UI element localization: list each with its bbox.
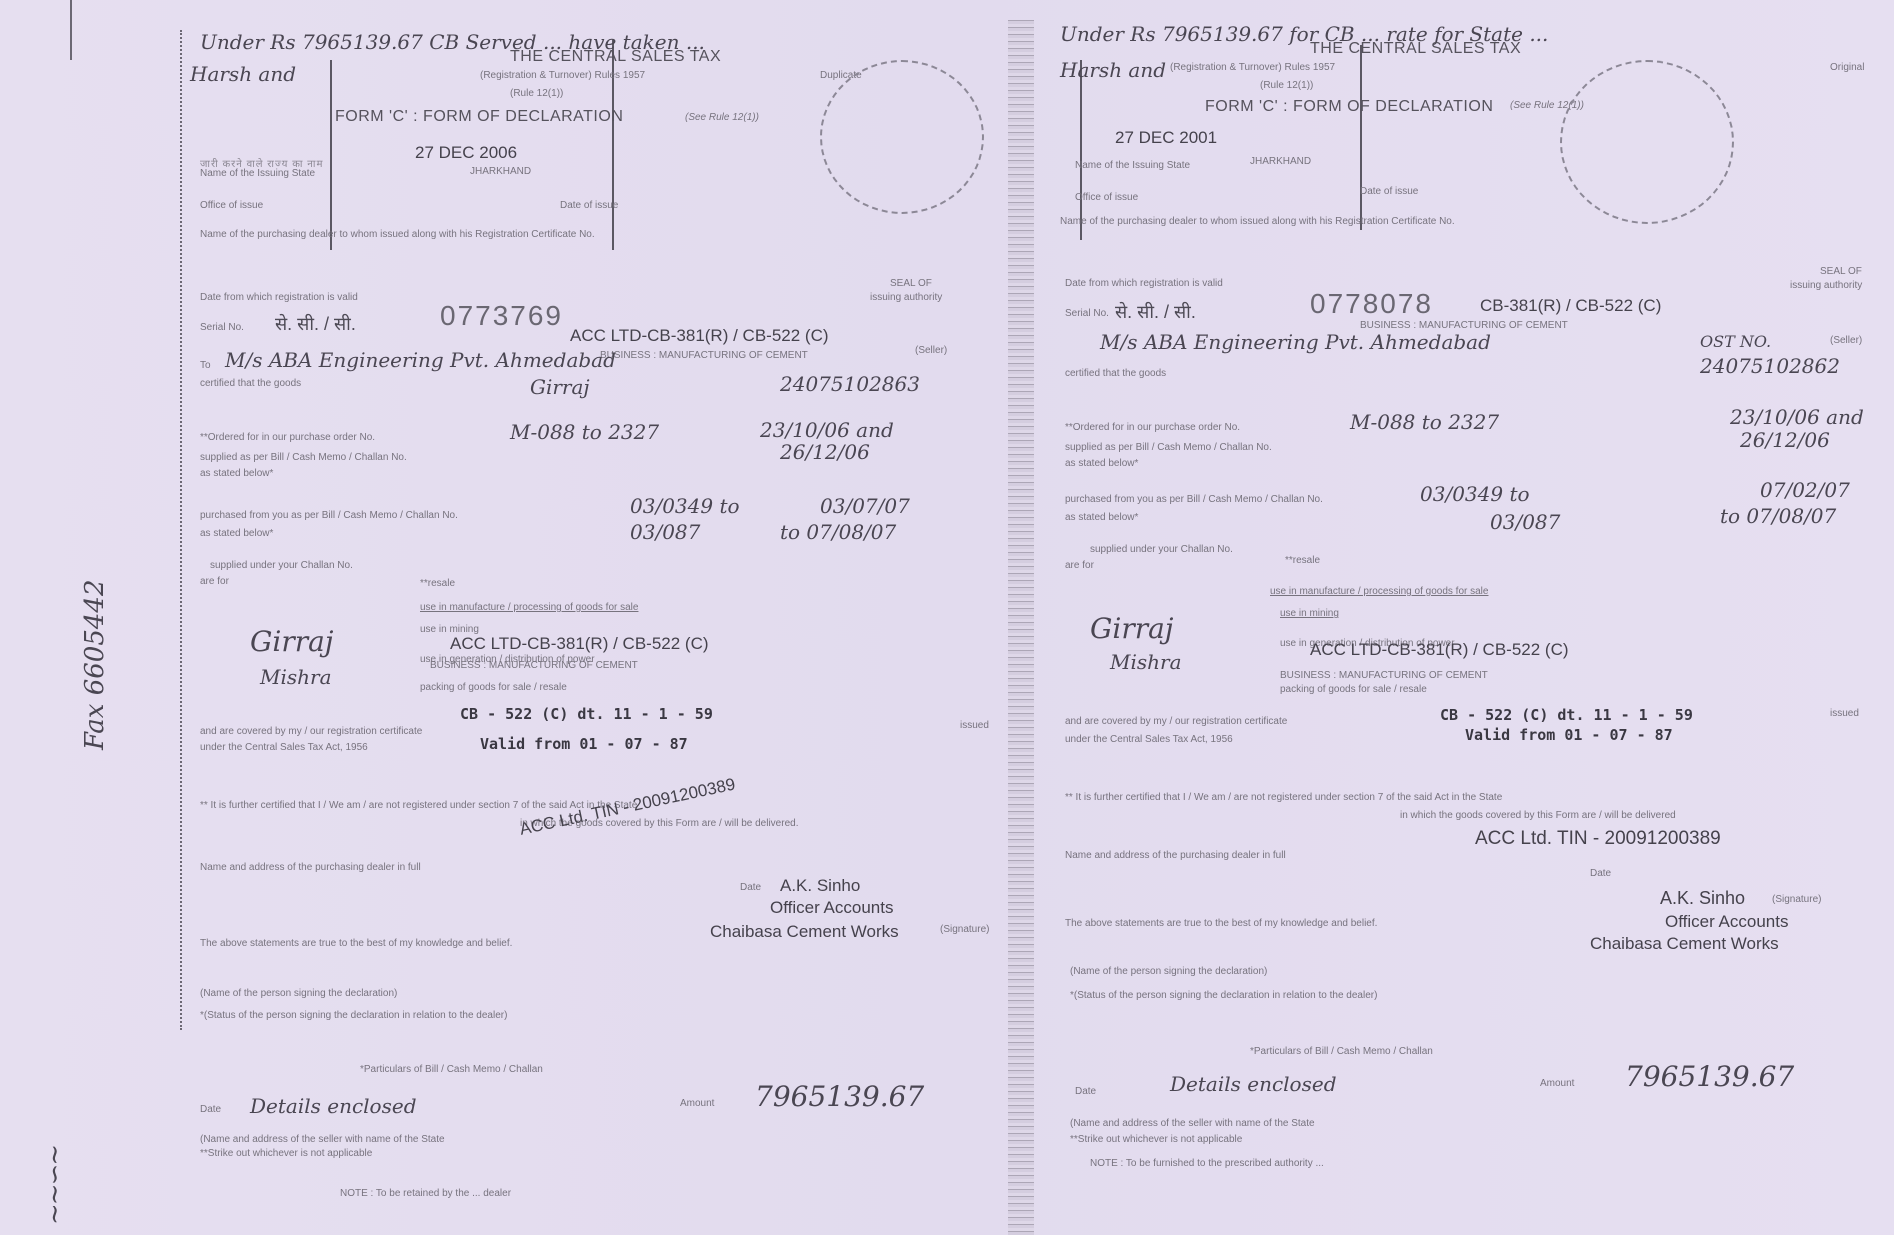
strike-label: **Strike out whichever is not applicable: [200, 1148, 372, 1159]
handwritten-note-2: Harsh and: [1060, 58, 1166, 82]
date-short-label: Date: [740, 882, 761, 893]
state-value: JHARKHAND: [470, 166, 531, 177]
date-label: Date: [1075, 1086, 1096, 1097]
date-of-issue-label: Date of issue: [1360, 186, 1418, 197]
supplied-date-hand: 26/12/06: [780, 440, 870, 464]
signer-name: A.K. Sinho: [780, 876, 860, 896]
signature-label: (Signature): [1772, 894, 1821, 905]
form-rule: (See Rule 12(1)): [685, 112, 759, 123]
issue-date-stamp: 27 DEC 2006: [415, 143, 517, 163]
signature-label: (Signature): [940, 924, 989, 935]
as-stated-below: as stated below*: [1065, 458, 1138, 469]
amount-label: Amount: [680, 1098, 714, 1109]
office-label: Office of issue: [200, 200, 263, 211]
dealer-label: Name of the purchasing dealer to whom is…: [1060, 216, 1455, 227]
are-for-label: are for: [200, 576, 229, 587]
signatory2-hand: Mishra: [1110, 650, 1182, 674]
issued-label: issued: [1830, 708, 1859, 719]
purpose-resale: **resale: [1285, 555, 1320, 566]
supplied-under-label: supplied under your Challan No.: [1090, 544, 1233, 555]
signer-org: Chaibasa Cement Works: [710, 922, 899, 942]
status-label: *(Status of the person signing the decla…: [1070, 990, 1377, 1001]
form-title: FORM 'C' : FORM OF DECLARATION: [335, 108, 623, 126]
serial-number: 0773769: [440, 300, 563, 332]
person-name-label: (Name of the person signing the declarat…: [200, 988, 397, 999]
name-address-label: Name and address of the purchasing deale…: [200, 862, 421, 873]
header-act: THE CENTRAL SALES TAX: [1310, 40, 1521, 58]
challan-to-date-hand: to 07/08/07: [1720, 504, 1836, 528]
state-label: Name of the Issuing State: [200, 168, 315, 179]
challan-from-date-hand: 07/02/07: [1760, 478, 1850, 502]
seal-stamp: [1560, 60, 1734, 224]
certified-label: certified that the goods: [200, 378, 301, 389]
purpose-manufacture: use in manufacture / processing of goods…: [1270, 586, 1488, 597]
supplied-under-label: supplied under your Challan No.: [210, 560, 353, 571]
amount-value-hand: 7965139.67: [755, 1080, 924, 1113]
header-sub2: (Rule 12(1)): [1260, 80, 1313, 91]
certified-label: certified that the goods: [1065, 368, 1166, 379]
seal-stamp: [820, 60, 984, 214]
are-for-label: are for: [1065, 560, 1094, 571]
state-label: Name of the Issuing State: [1075, 160, 1190, 171]
act-label: under the Central Sales Tax Act, 1956: [200, 742, 368, 753]
order-number-hand: M-088 to 2327: [510, 420, 659, 444]
purpose-packing: packing of goods for sale / resale: [420, 682, 567, 693]
signatory2-hand: Mishra: [260, 665, 332, 689]
dealer-label: Name of the purchasing dealer to whom is…: [200, 229, 595, 240]
purpose-resale: **resale: [420, 578, 455, 589]
purpose-manufacture: use in manufacture / processing of goods…: [420, 602, 638, 613]
date-short-label: Date: [1590, 868, 1611, 879]
reg-valid-label: Date from which registration is valid: [1065, 278, 1223, 289]
reg-valid-label: Date from which registration is valid: [200, 292, 358, 303]
copy-label: Original: [1830, 62, 1864, 73]
order-number-hand: M-088 to 2327: [1350, 410, 1499, 434]
purpose-mining: use in mining: [1280, 608, 1339, 619]
business-stamp: BUSINESS : MANUFACTURING OF CEMENT: [600, 350, 808, 361]
overlay-business-stamp: BUSINESS : MANUFACTURING OF CEMENT: [1280, 670, 1488, 681]
header-act: THE CENTRAL SALES TAX: [510, 48, 721, 66]
margin-mark: [70, 0, 72, 60]
page-spine: [1008, 20, 1034, 1235]
box-line: [330, 60, 332, 250]
signatory-hand: Girraj: [530, 375, 590, 399]
box-line: [1360, 45, 1362, 230]
overlay-reg-stamp: ACC LTD-CB-381(R) / CB-522 (C): [450, 634, 709, 654]
seller-label: (Seller): [915, 345, 947, 356]
as-stated-below-2: as stated below*: [1065, 512, 1138, 523]
date-of-issue-label: Date of issue: [560, 200, 618, 211]
buyer-name-hand: M/s ABA Engineering Pvt. Ahmedabad: [225, 348, 616, 372]
reg-cert-stamp: CB - 522 (C) dt. 11 - 1 - 59: [1440, 706, 1693, 724]
seal-label: SEAL OF: [1820, 266, 1862, 277]
overlay-business-stamp: BUSINESS : MANUFACTURING OF CEMENT: [430, 660, 638, 671]
margin-signature: ∼∼∽∼: [40, 1146, 70, 1225]
purpose-packing: packing of goods for sale / resale: [1280, 684, 1427, 695]
header-sub2: (Rule 12(1)): [510, 88, 563, 99]
valid-from-stamp: Valid from 01 - 07 - 87: [1465, 726, 1673, 744]
date-value-hand: Details enclosed: [250, 1094, 417, 1118]
tin-stamp: ACC Ltd. TIN - 20091200389: [1475, 828, 1721, 850]
amount-value-hand: 7965139.67: [1625, 1060, 1794, 1093]
header-sub: (Registration & Turnover) Rules 1957: [1170, 62, 1335, 73]
seller-name-label: (Name and address of the seller with nam…: [200, 1134, 445, 1145]
issued-label: issued: [960, 720, 989, 731]
seller-name-label: (Name and address of the seller with nam…: [1070, 1118, 1315, 1129]
name-address-label: Name and address of the purchasing deale…: [1065, 850, 1286, 861]
state-value: JHARKHAND: [1250, 156, 1311, 167]
handwritten-note-2: Harsh and: [190, 62, 296, 86]
note-label: NOTE : To be furnished to the prescribed…: [1090, 1158, 1324, 1169]
amount-label: Amount: [1540, 1078, 1574, 1089]
covered-label: and are covered by my / our registration…: [1065, 716, 1287, 727]
valid-from-stamp: Valid from 01 - 07 - 87: [480, 735, 688, 753]
serial-prefix: से. सी. / सी.: [275, 312, 356, 336]
supplied-date-hand: 26/12/06: [1740, 428, 1830, 452]
delivered-label: in which the goods covered by this Form …: [1400, 810, 1676, 821]
as-stated-below: as stated below*: [200, 468, 273, 479]
signatory-hand-2: Girraj: [250, 625, 333, 658]
fax-note: Fax 6605442: [80, 580, 110, 751]
order-date-hand: 23/10/06 and: [1730, 405, 1864, 429]
serial-prefix: से. सी. / सी.: [1115, 300, 1196, 324]
buyer-name-hand: M/s ABA Engineering Pvt. Ahmedabad: [1100, 330, 1491, 354]
purchased-label: purchased from you as per Bill / Cash Me…: [200, 510, 458, 521]
seller-label: (Seller): [1830, 335, 1862, 346]
serial-label: Serial No.: [200, 322, 244, 333]
seller-code-hand: OST NO.: [1700, 332, 1771, 351]
status-label: *(Status of the person signing the decla…: [200, 1010, 507, 1021]
statement-label: The above statements are true to the bes…: [1065, 918, 1377, 929]
header-sub: (Registration & Turnover) Rules 1957: [480, 70, 645, 81]
purchased-label: purchased from you as per Bill / Cash Me…: [1065, 494, 1323, 505]
signer-title: Officer Accounts: [1665, 912, 1788, 932]
covered-label: and are covered by my / our registration…: [200, 726, 422, 737]
particulars-label: *Particulars of Bill / Cash Memo / Chall…: [360, 1064, 543, 1075]
signer-org: Chaibasa Cement Works: [1590, 934, 1779, 954]
particulars-label: *Particulars of Bill / Cash Memo / Chall…: [1250, 1046, 1433, 1057]
signer-name: A.K. Sinho: [1660, 888, 1745, 909]
ordered-label: **Ordered for in our purchase order No.: [200, 432, 375, 443]
issue-date-stamp: 27 DEC 2001: [1115, 128, 1217, 148]
challan-to-hand: 03/087: [1490, 510, 1560, 534]
to-label: To: [200, 360, 211, 371]
registration-stamp: CB-381(R) / CB-522 (C): [1480, 296, 1661, 316]
serial-label: Serial No.: [1065, 308, 1109, 319]
reg-cert-stamp: CB - 522 (C) dt. 11 - 1 - 59: [460, 705, 713, 723]
registration-stamp: ACC LTD-CB-381(R) / CB-522 (C): [570, 326, 829, 346]
further-certified: ** It is further certified that I / We a…: [1065, 792, 1502, 803]
statement-label: The above statements are true to the bes…: [200, 938, 512, 949]
right-form: Under Rs 7965139.67 for CB ... rate for …: [1060, 0, 1894, 1235]
seller-number-hand: 24075102862: [1700, 354, 1840, 378]
issuing-authority-label: issuing authority: [1790, 280, 1862, 291]
person-name-label: (Name of the person signing the declarat…: [1070, 966, 1267, 977]
signer-title: Officer Accounts: [770, 898, 893, 918]
overlay-reg-stamp: ACC LTD-CB-381(R) / CB-522 (C): [1310, 640, 1569, 660]
challan-from-hand: 03/0349 to: [630, 494, 740, 518]
serial-number: 0778078: [1310, 288, 1433, 320]
challan-to-date-hand: to 07/08/07: [780, 520, 896, 544]
signatory-hand: Girraj: [1090, 612, 1173, 645]
seal-label: SEAL OF: [890, 278, 932, 289]
office-label: Office of issue: [1075, 192, 1138, 203]
note-label: NOTE : To be retained by the ... dealer: [340, 1188, 511, 1199]
supplied-label: supplied as per Bill / Cash Memo / Chall…: [1065, 442, 1272, 453]
box-line: [1080, 60, 1082, 240]
issuing-authority-label: issuing authority: [870, 292, 942, 303]
challan-from-hand: 03/0349 to: [1420, 482, 1530, 506]
challan-to-hand: 03/087: [630, 520, 700, 544]
as-stated-below-2: as stated below*: [200, 528, 273, 539]
supplied-label: supplied as per Bill / Cash Memo / Chall…: [200, 452, 407, 463]
date-label: Date: [200, 1104, 221, 1115]
challan-from-date-hand: 03/07/07: [820, 494, 910, 518]
date-value-hand: Details enclosed: [1170, 1072, 1337, 1096]
form-title: FORM 'C' : FORM OF DECLARATION: [1205, 98, 1493, 116]
strike-label: **Strike out whichever is not applicable: [1070, 1134, 1242, 1145]
left-form: Under Rs 7965139.67 CB Served ... have t…: [180, 0, 1000, 1235]
order-date-hand: 23/10/06 and: [760, 418, 894, 442]
left-border: [180, 30, 182, 1030]
ordered-label: **Ordered for in our purchase order No.: [1065, 422, 1240, 433]
seller-number-hand: 24075102863: [780, 372, 920, 396]
act-label: under the Central Sales Tax Act, 1956: [1065, 734, 1233, 745]
